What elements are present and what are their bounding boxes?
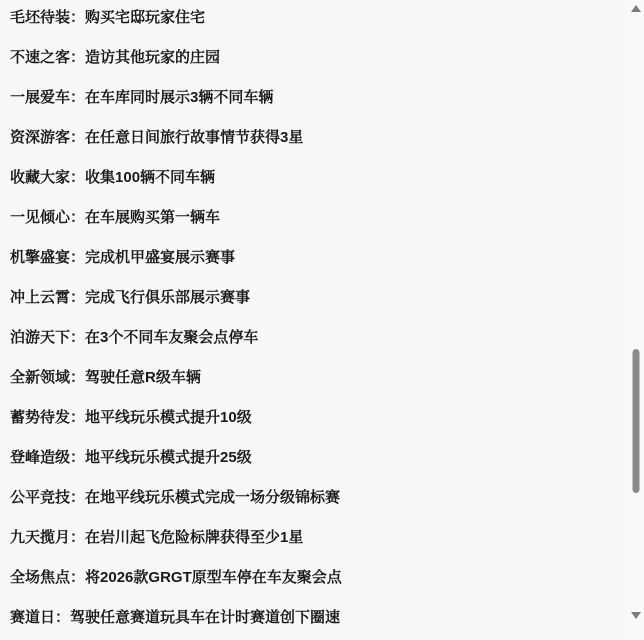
achievement-separator: ： — [70, 369, 85, 386]
achievement-separator: ： — [70, 49, 85, 66]
achievement-row: 毛坯待装：购买宅邸玩家住宅 — [0, 0, 626, 38]
achievement-name: 不速之客 — [10, 49, 70, 66]
achievement-row: 登峰造级：地平线玩乐模式提升25级 — [0, 438, 626, 478]
achievement-separator: ： — [70, 409, 85, 426]
achievement-separator: ： — [70, 249, 85, 266]
achievement-name: 登峰造级 — [10, 449, 70, 466]
achievement-row: 九天揽月：在岩川起飞危险标牌获得至少1星 — [0, 518, 626, 558]
achievement-separator: ： — [70, 289, 85, 306]
achievement-row: 一见倾心：在车展购买第一辆车 — [0, 198, 626, 238]
achievement-desc: 将2026款GRGT原型车停在车友聚会点 — [85, 569, 342, 586]
achievement-separator: ： — [55, 609, 70, 626]
achievement-row: 全新领域：驾驶任意R级车辆 — [0, 358, 626, 398]
scroll-down-arrow-icon[interactable] — [631, 612, 641, 619]
achievement-separator: ： — [70, 169, 85, 186]
achievement-desc: 在地平线玩乐模式完成一场分级锦标赛 — [85, 489, 340, 506]
achievement-name: 九天揽月 — [10, 529, 70, 546]
achievement-separator: ： — [70, 329, 85, 346]
achievement-row: 赛道日：驾驶任意赛道玩具车在计时赛道创下圈速 — [0, 598, 626, 638]
achievement-separator: ： — [70, 129, 85, 146]
achievement-separator: ： — [70, 489, 85, 506]
achievement-name: 机擎盛宴 — [10, 249, 70, 266]
achievement-separator: ： — [70, 9, 85, 26]
scroll-up-arrow-icon[interactable] — [631, 5, 641, 12]
achievement-row: 一展爱车：在车库同时展示3辆不同车辆 — [0, 78, 626, 118]
achievement-desc: 购买宅邸玩家住宅 — [85, 9, 205, 26]
achievement-desc: 完成飞行俱乐部展示赛事 — [85, 289, 250, 306]
achievement-row: 资深游客：在任意日间旅行故事情节获得3星 — [0, 118, 626, 158]
achievement-name: 全场焦点 — [10, 569, 70, 586]
achievement-name: 公平竞技 — [10, 489, 70, 506]
achievement-separator: ： — [70, 529, 85, 546]
achievement-desc: 地平线玩乐模式提升25级 — [85, 449, 252, 466]
achievement-name: 泊游天下 — [10, 329, 70, 346]
achievement-desc: 在任意日间旅行故事情节获得3星 — [85, 129, 303, 146]
achievement-row: 不速之客：造访其他玩家的庄园 — [0, 38, 626, 78]
achievement-list: 毛坯待装：购买宅邸玩家住宅 不速之客：造访其他玩家的庄园 一展爱车：在车库同时展… — [0, 0, 626, 638]
achievement-row: 全场焦点：将2026款GRGT原型车停在车友聚会点 — [0, 558, 626, 598]
achievement-name: 赛道日 — [10, 609, 55, 626]
achievement-name: 毛坯待装 — [10, 9, 70, 26]
achievement-name: 全新领域 — [10, 369, 70, 386]
achievement-row: 收藏大家：收集100辆不同车辆 — [0, 158, 626, 198]
achievement-name: 冲上云霄 — [10, 289, 70, 306]
achievement-desc: 完成机甲盛宴展示赛事 — [85, 249, 235, 266]
achievement-desc: 在车展购买第一辆车 — [85, 209, 220, 226]
achievement-separator: ： — [70, 569, 85, 586]
achievement-desc: 地平线玩乐模式提升10级 — [85, 409, 252, 426]
achievement-name: 蓄势待发 — [10, 409, 70, 426]
scrollbar-thumb[interactable] — [632, 349, 639, 493]
achievement-name: 一见倾心 — [10, 209, 70, 226]
achievement-desc: 在车库同时展示3辆不同车辆 — [85, 89, 273, 106]
achievement-desc: 造访其他玩家的庄园 — [85, 49, 220, 66]
achievement-desc: 在3个不同车友聚会点停车 — [85, 329, 258, 346]
achievement-separator: ： — [70, 209, 85, 226]
achievement-row: 蓄势待发：地平线玩乐模式提升10级 — [0, 398, 626, 438]
achievement-separator: ： — [70, 89, 85, 106]
achievement-name: 收藏大家 — [10, 169, 70, 186]
achievement-desc: 收集100辆不同车辆 — [85, 169, 215, 186]
achievement-row: 泊游天下：在3个不同车友聚会点停车 — [0, 318, 626, 358]
achievement-name: 资深游客 — [10, 129, 70, 146]
achievement-desc: 在岩川起飞危险标牌获得至少1星 — [85, 529, 303, 546]
achievement-row: 公平竞技：在地平线玩乐模式完成一场分级锦标赛 — [0, 478, 626, 518]
achievement-name: 一展爱车 — [10, 89, 70, 106]
achievement-desc: 驾驶任意赛道玩具车在计时赛道创下圈速 — [70, 609, 340, 626]
achievement-row: 冲上云霄：完成飞行俱乐部展示赛事 — [0, 278, 626, 318]
achievement-desc: 驾驶任意R级车辆 — [85, 369, 201, 386]
achievement-row: 机擎盛宴：完成机甲盛宴展示赛事 — [0, 238, 626, 278]
scrollbar[interactable] — [627, 0, 644, 640]
achievement-list-viewport: 毛坯待装：购买宅邸玩家住宅 不速之客：造访其他玩家的庄园 一展爱车：在车库同时展… — [0, 0, 644, 640]
achievement-separator: ： — [70, 449, 85, 466]
